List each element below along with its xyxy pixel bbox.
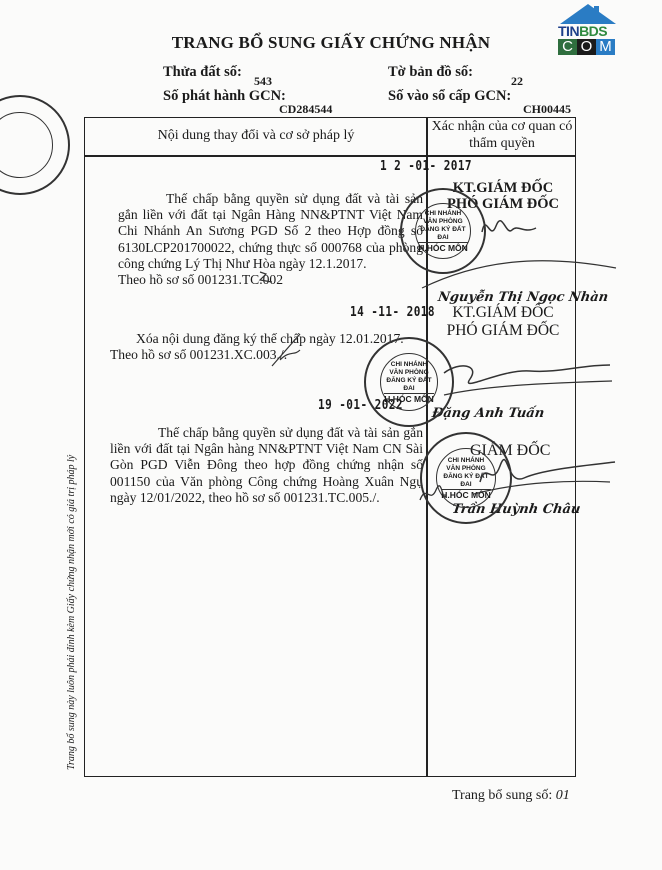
cert-issue-value: CD284544: [279, 102, 332, 117]
entry-2-signer-name: Đặng Anh Tuấn: [431, 406, 545, 421]
signature-2: [440, 355, 615, 405]
logo-text-top: TINBDS: [558, 24, 607, 38]
supplement-page-number: Trang bổ sung số: 01: [452, 788, 570, 804]
initial-mark-2: [270, 330, 310, 370]
cert-register-label: Số vào sổ cấp GCN:: [388, 88, 511, 105]
entry-1-date: 1 2 -01- 2017: [380, 159, 472, 174]
logo-text-bottom: C O M: [558, 39, 615, 55]
map-sheet-value: 22: [511, 74, 523, 89]
official-stamp-edge: [0, 95, 70, 195]
tinbds-logo: TINBDS C O M: [556, 4, 618, 62]
house-roof-icon: [560, 4, 616, 24]
column-header-content: Nội dung thay đổi và cơ sở pháp lý: [86, 128, 426, 144]
side-legal-note: Trang bổ sung này luôn phải đính kèm Giấ…: [63, 470, 81, 770]
chimney-icon: [594, 6, 599, 16]
entry-1-signer-name: Nguyễn Thị Ngọc Nhàn: [437, 290, 609, 305]
signature-1-line: [420, 250, 620, 290]
initial-mark-3: [418, 482, 448, 506]
parcel-label: Thửa đất số:: [163, 64, 242, 81]
signature-3: [470, 458, 620, 498]
cert-issue-label: Số phát hành GCN:: [163, 88, 286, 105]
entry-1-text: Thế chấp bằng quyền sử dụng đất và tài s…: [118, 191, 423, 272]
signature-1: [480, 212, 540, 252]
entry-2-signer-title-2: PHÓ GIÁM ĐỐC: [428, 322, 578, 340]
entry-2-date: 14 -11- 2018: [350, 305, 435, 320]
parcel-value: 543: [254, 74, 272, 89]
entry-2-file-ref: Theo hồ sơ số 001231.XC.003./.: [110, 347, 287, 363]
entry-3-text: Thế chấp bằng quyền sử dụng đất và tài s…: [110, 425, 423, 506]
header-divider: [84, 155, 576, 157]
initial-mark-1: [256, 268, 276, 286]
map-sheet-label: Tờ bản đồ số:: [388, 64, 473, 81]
column-header-confirmation: Xác nhận của cơ quan có thẩm quyền: [428, 118, 576, 152]
cert-register-value: CH00445: [523, 102, 571, 117]
entry-2-signer-title-1: KT.GIÁM ĐỐC: [428, 304, 578, 322]
